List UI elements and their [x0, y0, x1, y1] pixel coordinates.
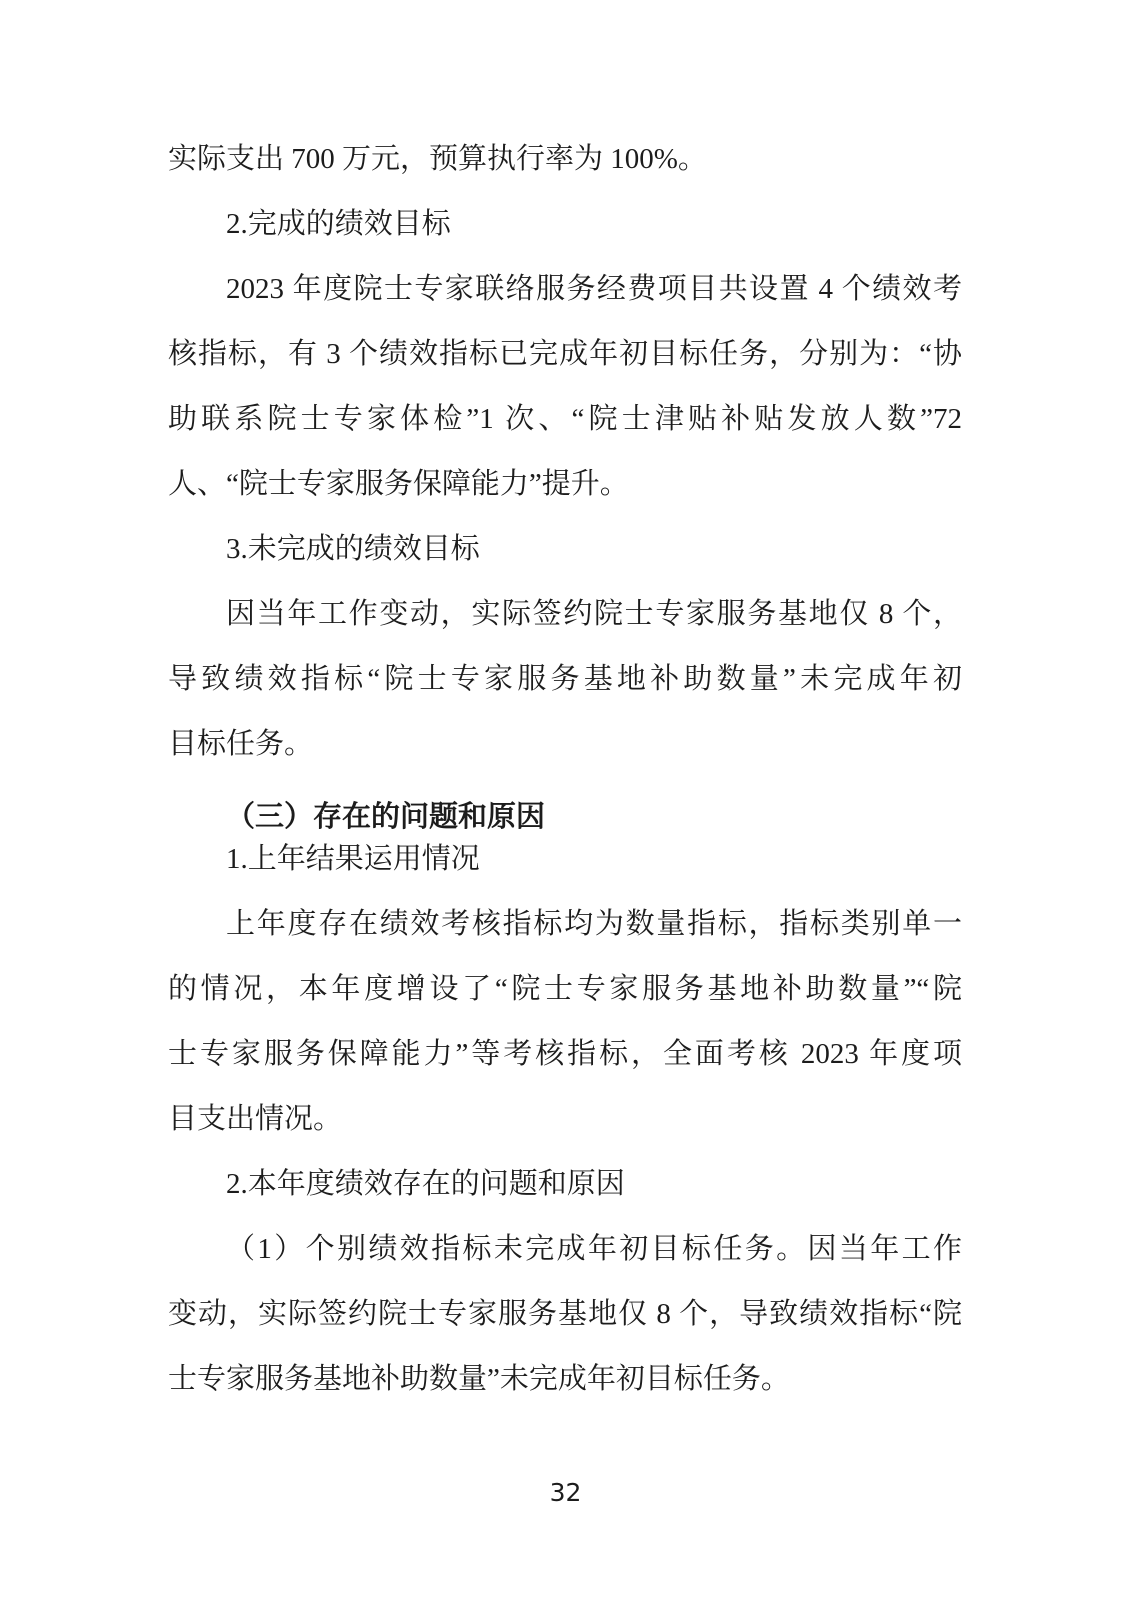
- text-line: 核指标，有 3 个绩效指标已完成年初目标任务，分别为：“协: [168, 322, 962, 387]
- text-line: 目支出情况。: [168, 1087, 962, 1152]
- paragraph: 2.本年度绩效存在的问题和原因: [168, 1152, 962, 1217]
- paragraph: 3.未完成的绩效目标: [168, 517, 962, 582]
- paragraph: 2.完成的绩效目标: [168, 192, 962, 257]
- text-line: 实际支出 700 万元，预算执行率为 100%。: [168, 127, 962, 192]
- text-line: 目标任务。: [168, 712, 962, 777]
- paragraph: 1.上年结果运用情况: [168, 827, 962, 892]
- text-line: 导致绩效指标“院士专家服务基地补助数量”未完成年初: [168, 647, 962, 712]
- text-line: 助联系院士专家体检”1 次、“院士津贴补贴发放人数”72: [168, 387, 962, 452]
- paragraph: 2023 年度院士专家联络服务经费项目共设置 4 个绩效考核指标，有 3 个绩效…: [168, 257, 962, 517]
- document-body: 实际支出 700 万元，预算执行率为 100%。2.完成的绩效目标2023 年度…: [168, 127, 962, 1412]
- text-line: 的情况，本年度增设了“院士专家服务基地补助数量”“院: [168, 957, 962, 1022]
- text-line: 1.上年结果运用情况: [168, 827, 962, 892]
- text-line: 人、“院士专家服务保障能力”提升。: [168, 452, 962, 517]
- paragraph: 实际支出 700 万元，预算执行率为 100%。: [168, 127, 962, 192]
- text-line: 士专家服务保障能力”等考核指标，全面考核 2023 年度项: [168, 1022, 962, 1087]
- page-footer: 32: [0, 1478, 1131, 1508]
- page-background: 实际支出 700 万元，预算执行率为 100%。2.完成的绩效目标2023 年度…: [0, 0, 1131, 1600]
- text-line: 上年度存在绩效考核指标均为数量指标，指标类别单一: [168, 892, 962, 957]
- text-line: 2.完成的绩效目标: [168, 192, 962, 257]
- text-line: （1）个别绩效指标未完成年初目标任务。因当年工作: [168, 1217, 962, 1282]
- document-page: { "page": { "number": "32", "background_…: [0, 0, 1131, 1600]
- page-number: 32: [550, 1478, 582, 1507]
- text-line: 3.未完成的绩效目标: [168, 517, 962, 582]
- text-line: 2023 年度院士专家联络服务经费项目共设置 4 个绩效考: [168, 257, 962, 322]
- text-line: 士专家服务基地补助数量”未完成年初目标任务。: [168, 1347, 962, 1412]
- text-line: 变动，实际签约院士专家服务基地仅 8 个，导致绩效指标“院: [168, 1282, 962, 1347]
- text-line: 因当年工作变动，实际签约院士专家服务基地仅 8 个，: [168, 582, 962, 647]
- paragraph: 上年度存在绩效考核指标均为数量指标，指标类别单一的情况，本年度增设了“院士专家服…: [168, 892, 962, 1152]
- paragraph: （1）个别绩效指标未完成年初目标任务。因当年工作变动，实际签约院士专家服务基地仅…: [168, 1217, 962, 1412]
- paragraph: 因当年工作变动，实际签约院士专家服务基地仅 8 个，导致绩效指标“院士专家服务基…: [168, 582, 962, 777]
- text-line: 2.本年度绩效存在的问题和原因: [168, 1152, 962, 1217]
